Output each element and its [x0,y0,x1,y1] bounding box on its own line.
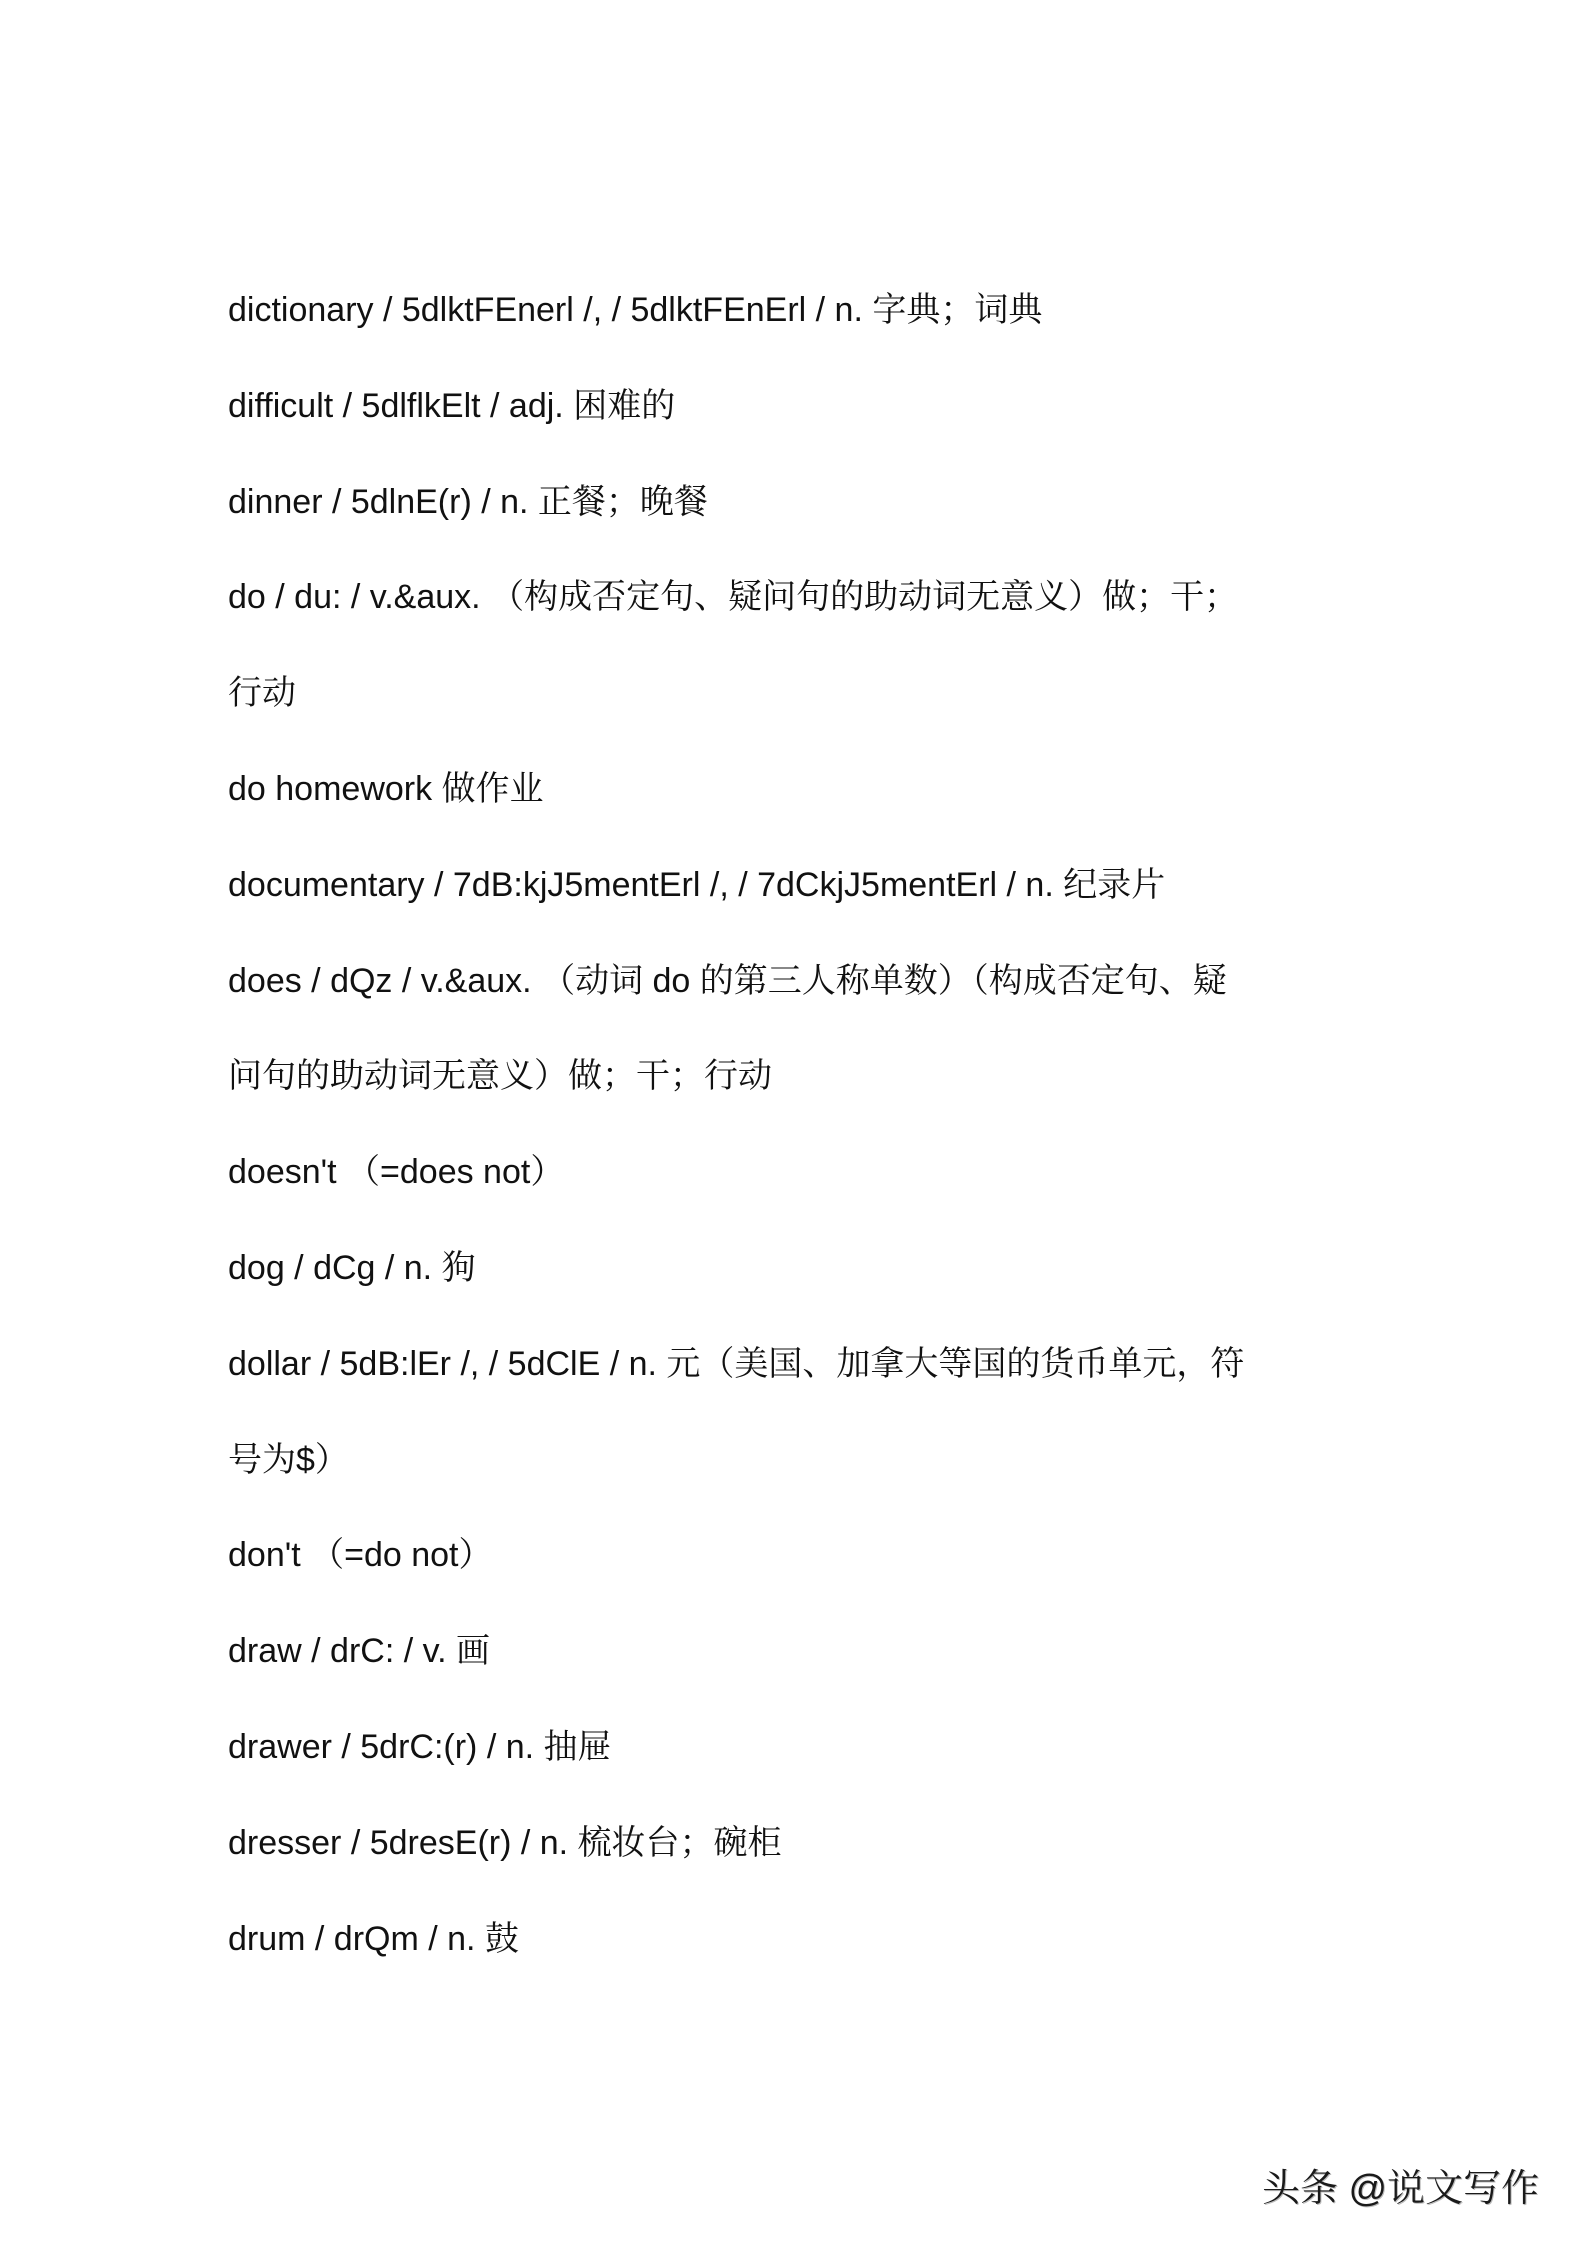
vocab-line-do-continued: 行动 [228,653,1378,749]
vocab-line-drum: drum / drQm / n. 鼓 [228,1899,1378,1995]
document-page: dictionary / 5dlktFEnerl /, / 5dlktFEnEr… [0,0,1587,2245]
vocab-line-documentary: documentary / 7dB:kjJ5mentErl /, / 7dCkj… [228,845,1378,941]
vocab-line-dog: dog / dCg / n. 狗 [228,1228,1378,1324]
vocab-line-doesnt: doesn't （=does not） [228,1132,1378,1228]
vocab-line-do: do / du: / v.&aux. （构成否定句、疑问句的助动词无意义）做；干… [228,557,1378,653]
vocab-line-drawer: drawer / 5drC:(r) / n. 抽屉 [228,1707,1378,1803]
vocab-line-do-homework: do homework 做作业 [228,749,1378,845]
vocab-line-dinner: dinner / 5dlnE(r) / n. 正餐；晚餐 [228,462,1378,558]
vocab-line-dollar-continued: 号为$） [228,1420,1378,1516]
vocab-line-dont: don't （=do not） [228,1515,1378,1611]
vocab-line-does-continued: 问句的助动词无意义）做；干；行动 [228,1036,1378,1132]
vocab-line-dictionary: dictionary / 5dlktFEnerl /, / 5dlktFEnEr… [228,270,1378,366]
vocab-line-difficult: difficult / 5dlflkElt / adj. 困难的 [228,366,1378,462]
vocab-line-does: does / dQz / v.&aux. （动词 do 的第三人称单数）（构成否… [228,941,1378,1037]
vocab-line-dresser: dresser / 5dresE(r) / n. 梳妆台；碗柜 [228,1803,1378,1899]
watermark: 头条 @说文写作 [1262,2164,1539,2214]
vocab-line-draw: draw / drC: / v. 画 [228,1611,1378,1707]
vocabulary-list: dictionary / 5dlktFEnerl /, / 5dlktFEnEr… [228,270,1378,1994]
vocab-line-dollar: dollar / 5dB:lEr /, / 5dClE / n. 元（美国、加拿… [228,1324,1378,1420]
